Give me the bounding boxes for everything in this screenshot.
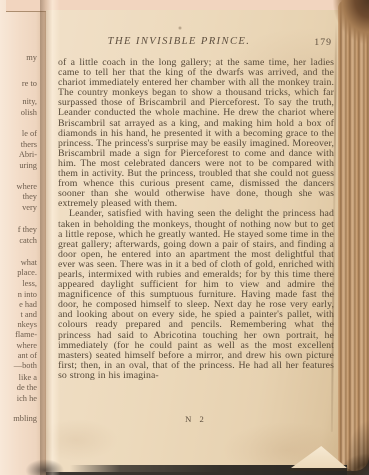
facing-page-fragment: uring (19, 161, 37, 170)
facing-page-fragment: e had (19, 300, 37, 309)
signature-mark: N 2 (58, 414, 334, 424)
facing-page-fragment: ich he (17, 394, 37, 403)
facing-page-fragment: nkeys (17, 320, 37, 329)
page-header: THE INVISIBLE PRINCE. 179 (58, 36, 334, 50)
facing-page-fragment: where (17, 341, 37, 350)
running-title: THE INVISIBLE PRINCE. (58, 36, 334, 47)
paragraph: of a little coach in the long gallery; a… (58, 58, 334, 209)
facing-page-fragment: catch (19, 236, 37, 245)
facing-page-fragment: nity, (22, 97, 37, 106)
facing-page-fragment: Abri- (19, 150, 37, 159)
facing-page-fragment: where (17, 182, 37, 191)
facing-page-fragment: f they (18, 225, 37, 234)
facing-page-fragment: flame- (15, 330, 37, 339)
facing-page-fragment: t and (20, 310, 37, 319)
book-page: THE INVISIBLE PRINCE. 179 of a little co… (46, 10, 338, 472)
facing-page-fragment: mbling (13, 414, 37, 423)
facing-page-fragment: de the (17, 383, 37, 392)
facing-page-fragment: less, (22, 279, 37, 288)
facing-page-fragment: my (26, 53, 37, 62)
fore-edge-pages (338, 0, 369, 471)
facing-page-fragment: olish (21, 108, 37, 117)
paragraph: Leander, satisfied with having seen the … (58, 209, 334, 381)
gutter-bottom-shadow (24, 452, 70, 475)
facing-page-fragment: place. (17, 268, 37, 277)
facing-page-fragment: ant of (18, 351, 37, 360)
gutter-shadow (40, 0, 60, 475)
facing-page-fragment: n into (18, 290, 37, 299)
facing-page-fragment: like a (19, 373, 37, 382)
body-text: of a little coach in the long gallery; a… (58, 58, 334, 381)
facing-page-fragment: what (21, 258, 37, 267)
facing-page-fragment: —both (14, 361, 37, 370)
book-photo: my re to nity, olish le of thers Abri- u… (0, 0, 369, 475)
facing-page-fragment: le of (22, 129, 37, 138)
facing-page-fragment: very (22, 203, 37, 212)
facing-page-fragment: thers (21, 140, 37, 149)
facing-page-fragment: re to (22, 79, 37, 88)
facing-page-fragment: they (23, 192, 37, 201)
